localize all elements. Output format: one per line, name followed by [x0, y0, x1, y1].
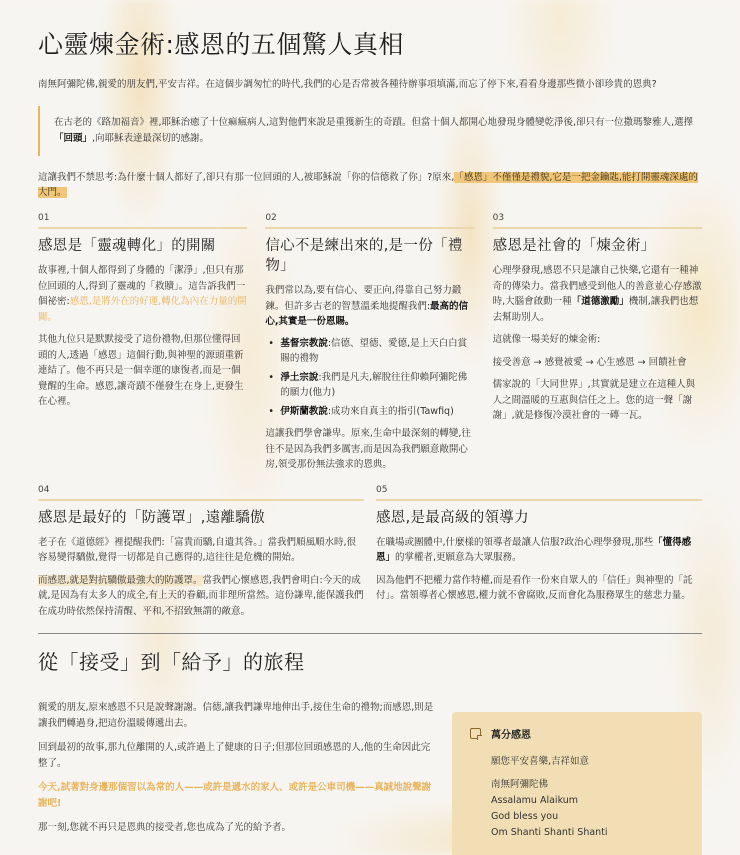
list-item-label: 基督宗教說	[280, 338, 328, 349]
truth-card-01: 01 感恩是「靈魂轉化」的開關 故事裡,十個人都得到了身體的「潔淨」,但只有那位…	[38, 213, 247, 473]
truth-number: 01	[38, 213, 247, 229]
religion-list: 基督宗教說:信德、望德、愛德,是上天白白賞賜的禮物 淨土宗說:我們是凡夫,解脫往…	[265, 336, 474, 420]
list-item-text: :成功來自真主的指引(Tawfiq)	[328, 406, 454, 417]
truth-text: 在職場或團體中,什麼樣的領導者最讓人信服?政治心理學發現,那些	[376, 537, 653, 548]
quote-text: 在古老的《路加福音》裡,耶穌治癒了十位痲瘋病人,這對他們來說是重獲新生的奇蹟。但…	[54, 117, 693, 128]
list-item: 基督宗教說:信德、望德、愛德,是上天白白賞賜的禮物	[265, 336, 474, 367]
journey-paragraph: 回到最初的故事,那九位離開的人,或許過上了健康的日子;但那位回頭感恩的人,他的生…	[38, 740, 438, 772]
blessing-item: God bless you	[491, 809, 684, 825]
lead-paragraph: 這讓我們不禁思考:為什麼十個人都好了,卻只有那一位回頭的人,被耶穌說「你的信德救…	[38, 170, 702, 200]
truth-paragraph: 儒家說的「大同世界」,其實就是建立在這種人與人之間溫暖的互惠與信任之上。您的這一…	[493, 377, 702, 424]
note-icon	[470, 728, 481, 739]
journey-call-to-action: 今天,試著對身邊那個習以為常的人——或許是遞水的家人、或許是公車司機——真誠地說…	[38, 780, 438, 812]
blessing-item: Om Shanti Shanti Shanti	[491, 825, 684, 841]
truth-card-03: 03 感恩是社會的「煉金術」 心理學發現,感恩不只是讓自己快樂,它還有一種神奇的…	[493, 213, 702, 473]
truth-paragraph: 這讓我們學會謙卑。原來,生命中最深刻的轉變,往往不是因為我們多厲害,而是因為我們…	[265, 426, 474, 473]
truth-number: 03	[493, 213, 702, 229]
journey-section: 從「接受」到「給予」的旅程 親愛的朋友,原來感恩不只是說聲謝謝。信德,讓我們謙卑…	[38, 648, 702, 855]
list-item-label: 淨土宗說	[280, 372, 318, 383]
truth-paragraph: 這就像一場美好的煉金術:	[493, 332, 702, 348]
truth-number: 04	[38, 485, 364, 501]
truth-paragraph: 我們常以為,要有信心、要正向,得靠自己努力鍛鍊。但許多古老的智慧溫柔地提醒我們:…	[265, 283, 474, 330]
journey-paragraph: 親愛的朋友,原來感恩不只是說聲謝謝。信德,讓我們謙卑地伸出手,接住生命的禮物;而…	[38, 700, 438, 732]
blessing-item: Assalamu Alaikum	[491, 793, 684, 809]
truths-row-1: 01 感恩是「靈魂轉化」的開關 故事裡,十個人都得到了身體的「潔淨」,但只有那位…	[38, 213, 702, 473]
truth-title: 感恩是最好的「防護罩」,遠離驕傲	[38, 508, 364, 528]
quote-text-end: ,向耶穌表達最深切的感謝。	[92, 133, 209, 144]
truth-paragraph: 因為他們不把權力當作特權,而是看作一份來自眾人的「信任」與神聖的「託付」。當領導…	[376, 573, 702, 604]
alchemy-flow: 接受善意 → 感覺被愛 → 心生感恩 → 回饋社會	[493, 355, 702, 371]
truth-paragraph: 在職場或團體中,什麼樣的領導者最讓人信服?政治心理學發現,那些「懂得感恩」的掌權…	[376, 535, 702, 566]
section-divider	[38, 633, 702, 634]
journey-content: 從「接受」到「給予」的旅程 親愛的朋友,原來感恩不只是說聲謝謝。信德,讓我們謙卑…	[38, 648, 438, 855]
truth-paragraph: 其他九位只是默默接受了這份禮物,但那位懂得回頭的人,透過「感恩」這個行動,與神聖…	[38, 332, 247, 410]
truth-text-after: 的掌權者,更願意為大眾服務。	[395, 552, 522, 563]
truth-paragraph: 心理學發現,感恩不只是讓自己快樂,它還有一種神奇的傳染力。當我們感受到他人的善意…	[493, 263, 702, 325]
card-wish: 願您平安喜樂,吉祥如意	[491, 753, 684, 767]
truth-paragraph: 而感恩,就是對抗驕傲最強大的防護罩。當我們心懷感恩,我們會明白:今天的成就,是因…	[38, 573, 364, 620]
card-header: 萬分感恩	[470, 726, 684, 741]
truth-title: 感恩是社會的「煉金術」	[493, 236, 702, 256]
truth-bold: 「道德激勵」	[572, 296, 629, 307]
truths-row-2: 04 感恩是最好的「防護罩」,遠離驕傲 老子在《道德經》裡提醒我們:「富貴而驕,…	[38, 485, 702, 620]
page-title: 心靈煉金術:感恩的五個驚人真相	[38, 29, 702, 61]
truth-title: 感恩,是最高級的領導力	[376, 508, 702, 528]
list-item: 淨土宗說:我們是凡夫,解脫往往仰賴阿彌陀佛的願力(他力)	[265, 370, 474, 401]
truth-number: 02	[265, 213, 474, 229]
blessing-card: 萬分感恩 願您平安喜樂,吉祥如意 南無阿彌陀佛 Assalamu Alaikum…	[452, 712, 702, 855]
truth-paragraph: 故事裡,十個人都得到了身體的「潔淨」,但只有那位回頭的人,得到了靈魂的「救贖」。…	[38, 263, 247, 325]
truth-highlight: 而感恩,就是對抗驕傲最強大的防護罩。	[38, 575, 203, 586]
journey-title: 從「接受」到「給予」的旅程	[38, 648, 438, 676]
card-body: 願您平安喜樂,吉祥如意 南無阿彌陀佛 Assalamu Alaikum God …	[470, 753, 684, 841]
card-title: 萬分感恩	[491, 726, 531, 741]
truth-title: 信心不是練出來的,是一份「禮物」	[265, 236, 474, 276]
truth-title: 感恩是「靈魂轉化」的開關	[38, 236, 247, 256]
quote-bold: 「回頭」	[54, 133, 92, 144]
truth-paragraph: 老子在《道德經》裡提醒我們:「富貴而驕,自遺其咎。」當我們順風順水時,很容易變得…	[38, 535, 364, 566]
list-item-label: 伊斯蘭教說	[280, 406, 328, 417]
intro-paragraph: 南無阿彌陀佛,親愛的朋友們,平安吉祥。在這個步調匆忙的時代,我們的心是否常被各種…	[38, 78, 702, 92]
lead-text: 這讓我們不禁思考:為什麼十個人都好了,卻只有那一位回頭的人,被耶穌說「你的信德救…	[38, 172, 454, 183]
truth-card-04: 04 感恩是最好的「防護罩」,遠離驕傲 老子在《道德經》裡提醒我們:「富貴而驕,…	[38, 485, 364, 620]
story-quote: 在古老的《路加福音》裡,耶穌治癒了十位痲瘋病人,這對他們來說是重獲新生的奇蹟。但…	[38, 106, 702, 156]
blessing-list: 南無阿彌陀佛 Assalamu Alaikum God bless you Om…	[491, 777, 684, 841]
truth-card-02: 02 信心不是練出來的,是一份「禮物」 我們常以為,要有信心、要正向,得靠自己努…	[265, 213, 474, 473]
blessing-item: 南無阿彌陀佛	[491, 777, 684, 793]
truth-card-05: 05 感恩,是最高級的領導力 在職場或團體中,什麼樣的領導者最讓人信服?政治心理…	[376, 485, 702, 620]
truth-number: 05	[376, 485, 702, 501]
journey-paragraph: 那一刻,您就不再只是恩典的接受者,您也成為了光的給予者。	[38, 820, 438, 836]
article: 心靈煉金術:感恩的五個驚人真相 南無阿彌陀佛,親愛的朋友們,平安吉祥。在這個步調…	[0, 0, 740, 855]
list-item: 伊斯蘭教說:成功來自真主的指引(Tawfiq)	[265, 404, 474, 420]
truth-gold-text: 感恩,是將外在的好運,轉化為內在力量的開關。	[38, 296, 247, 323]
